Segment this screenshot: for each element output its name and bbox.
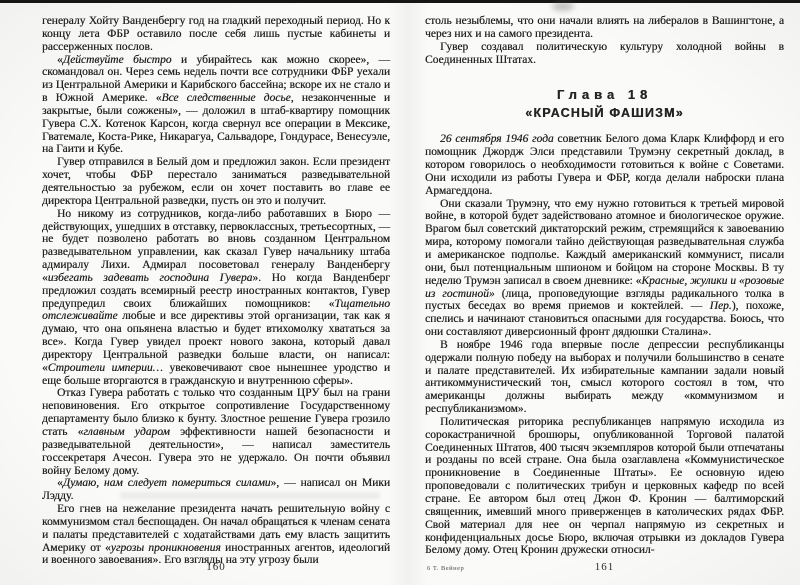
paragraph: В ноябре 1946 года впервые после депресс…	[425, 339, 784, 416]
left-page-number: 160	[42, 561, 390, 573]
paragraph: Гувер отправился в Белый дом и предложил…	[42, 156, 390, 207]
paragraph: «Действуйте быстро и убирайтесь как можн…	[42, 54, 390, 157]
chapter-title: «КРАСНЫЙ ФАШИЗМ»	[425, 106, 784, 120]
book-spread-scan: генералу Хойту Ванденбергу год на гладки…	[0, 0, 800, 585]
chapter-heading: Глава 18 «КРАСНЫЙ ФАШИЗМ»	[425, 87, 784, 120]
paragraph: столь незыблемы, что они начали влиять н…	[425, 15, 784, 41]
paragraph: 26 сентября 1946 года советник Белого до…	[425, 133, 784, 197]
scan-top-edge	[0, 0, 800, 3]
right-page-footer: 6 Т. Вейнер 161	[425, 561, 784, 577]
chapter-label: Глава 18	[425, 87, 784, 102]
paragraph: Но никому из сотрудников, когда-либо раб…	[42, 208, 390, 388]
right-page-number: 161	[425, 561, 784, 573]
paragraph: Они сказали Трумэну, что ему нужно готов…	[425, 198, 784, 339]
scan-smudge	[552, 2, 574, 11]
paragraph: генералу Хойту Ванденбергу год на гладки…	[42, 15, 390, 54]
paragraph: Гувер создавал политическую культуру хол…	[425, 41, 784, 67]
left-page: генералу Хойту Ванденбергу год на гладки…	[42, 15, 390, 567]
paragraph: Политическая риторика республиканцев нап…	[425, 416, 784, 557]
paragraph: Его гнев на нежелание президента начать …	[42, 503, 390, 567]
right-page: столь незыблемы, что они начали влиять н…	[425, 15, 784, 557]
paragraph: «Думаю, нам следует помериться силами», …	[42, 477, 390, 503]
paragraph: Отказ Гувера работать с только что созда…	[42, 387, 390, 477]
